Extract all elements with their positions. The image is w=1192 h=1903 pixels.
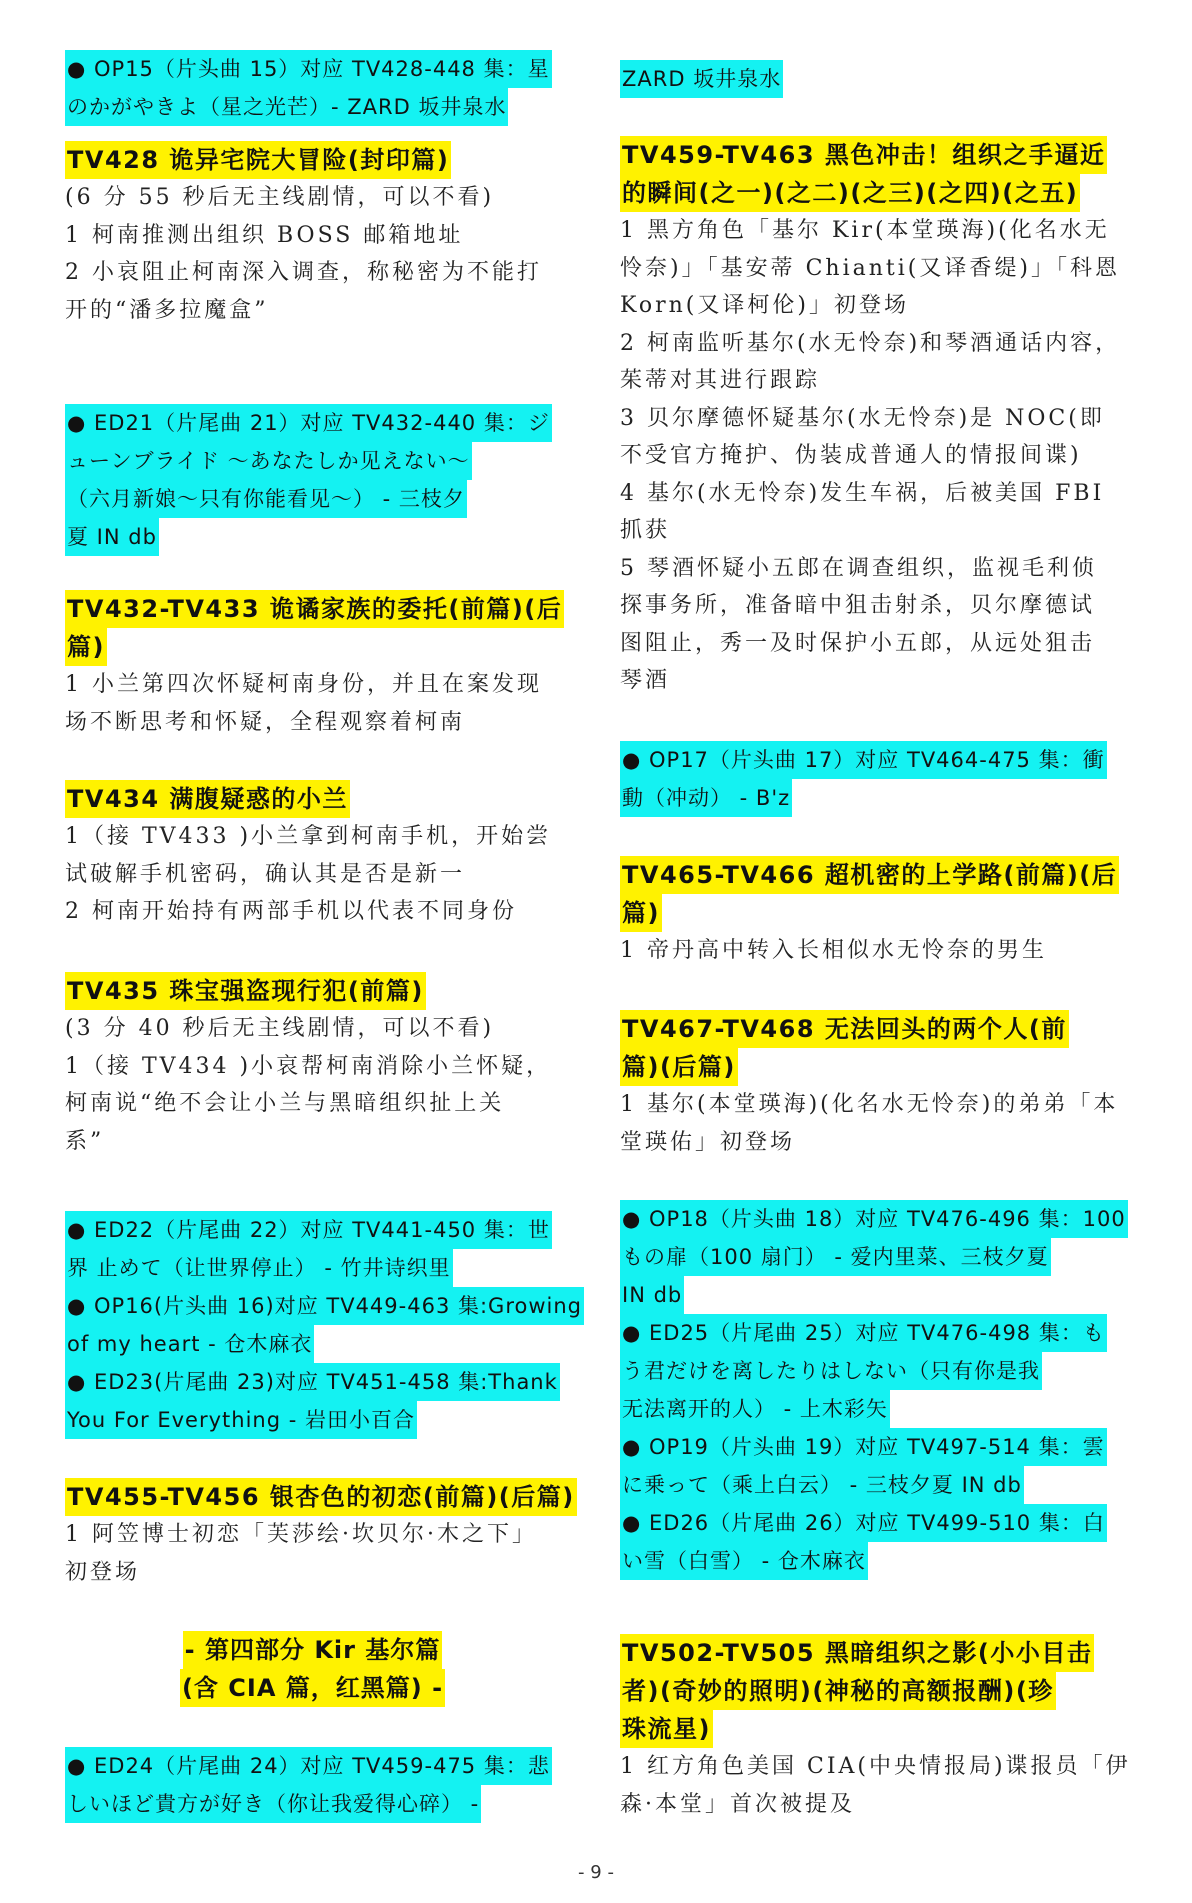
episode-point: 4 基尔(水无怜奈)发生车祸，后被美国 FBI	[620, 475, 1115, 513]
episode-point: 1 小兰第四次怀疑柯南身份，并且在案发现	[65, 666, 560, 704]
episode-tv467: TV467-TV468 无法回头的两个人(前 篇)(后篇) 1 基尔(本堂瑛海)…	[620, 1010, 1115, 1161]
song-line: い雪（白雪） - 仓木麻衣	[620, 1542, 868, 1580]
part-heading-line: (含 CIA 篇，红黑篇) -	[180, 1669, 445, 1707]
song-line: ● OP15（片头曲 15）对应 TV428-448 集：星	[65, 50, 552, 88]
episode-point: 3 贝尔摩德怀疑基尔(水无怜奈)是 NOC(即	[620, 400, 1115, 438]
episode-title: 篇)	[620, 894, 662, 932]
episode-title: TV502-TV505 黑暗组织之影(小小目击	[620, 1634, 1094, 1672]
episode-point: 开的“潘多拉魔盒”	[65, 292, 560, 330]
song-line: ● OP19（片头曲 19）对应 TV497-514 集：雲	[620, 1428, 1107, 1466]
episode-point: 2 柯南监听基尔(水无怜奈)和琴酒通话内容，	[620, 325, 1115, 363]
song-line: ューンブライド ～あなたしか见えない～	[65, 442, 472, 480]
song-block-op18-ed25-op19-ed26: ● OP18（片头曲 18）对应 TV476-496 集：100 もの扉（100…	[620, 1200, 1115, 1580]
episode-title: TV434 满腹疑惑的小兰	[65, 780, 350, 818]
episode-point: 1（接 TV434 )小哀帮柯南消除小兰怀疑，	[65, 1048, 560, 1086]
episode-tv432: TV432-TV433 诡谲家族的委托(前篇)(后 篇) 1 小兰第四次怀疑柯南…	[65, 590, 560, 741]
episode-point: 怜奈)」「基安蒂 Chianti(又译香缇)」「科恩	[620, 250, 1115, 288]
song-line: ● OP17（片头曲 17）对应 TV464-475 集：衝	[620, 741, 1107, 779]
episode-note: (6 分 55 秒后无主线剧情，可以不看)	[65, 179, 560, 217]
song-block-op15: ● OP15（片头曲 15）对应 TV428-448 集：星 のかがやきよ（星之…	[65, 50, 560, 126]
episode-title: 篇)	[65, 628, 107, 666]
episode-point: 抓获	[620, 512, 1115, 550]
episode-point: 试破解手机密码，确认其是否是新一	[65, 856, 560, 894]
song-line: of my heart - 仓木麻衣	[65, 1325, 314, 1363]
song-line: ● OP16(片头曲 16)对应 TV449-463 集:Growing	[65, 1287, 584, 1325]
episode-point: 1 红方角色美国 CIA(中央情报局)谍报员「伊	[620, 1748, 1115, 1786]
song-line: （六月新娘～只有你能看见～） - 三枝夕	[65, 480, 467, 518]
song-line: ZARD 坂井泉水	[620, 60, 783, 98]
episode-tv428: TV428 诡异宅院大冒险(封印篇) (6 分 55 秒后无主线剧情，可以不看)…	[65, 141, 560, 329]
episode-point: 1 阿笠博士初恋「芙莎绘·坎贝尔·木之下」	[65, 1516, 560, 1554]
song-line: 動（冲动） - B'z	[620, 779, 792, 817]
episode-title: 者)(奇妙的照明)(神秘的高额报酬)(珍	[620, 1672, 1056, 1710]
episode-point: 茱蒂对其进行跟踪	[620, 362, 1115, 400]
episode-point: 图阻止，秀一及时保护小五郎，从远处狙击	[620, 625, 1115, 663]
episode-tv455: TV455-TV456 银杏色的初恋(前篇)(后篇) 1 阿笠博士初恋「芙莎绘·…	[65, 1478, 560, 1591]
song-line: ● ED22（片尾曲 22）对应 TV441-450 集：世	[65, 1211, 552, 1249]
song-line: ● ED24（片尾曲 24）对应 TV459-475 集：悲	[65, 1747, 552, 1785]
episode-point: 堂瑛佑」初登场	[620, 1124, 1115, 1162]
song-line: 界 止めて（让世界停止） - 竹井诗织里	[65, 1249, 453, 1287]
episode-point: 不受官方掩护、伪装成普通人的情报间谍)	[620, 437, 1115, 475]
episode-tv459: TV459-TV463 黑色冲击！组织之手逼近 的瞬间(之一)(之二)(之三)(…	[620, 136, 1115, 700]
episode-title: 篇)(后篇)	[620, 1048, 738, 1086]
episode-point: 1（接 TV433 )小兰拿到柯南手机，开始尝	[65, 818, 560, 856]
episode-title: TV465-TV466 超机密的上学路(前篇)(后	[620, 856, 1119, 894]
episode-point: 2 柯南开始持有两部手机以代表不同身份	[65, 893, 560, 931]
song-line: に乗って（乘上白云） - 三枝夕夏 IN db	[620, 1466, 1024, 1504]
song-line: 无法离开的人） - 上木彩矢	[620, 1390, 890, 1428]
episode-point: 1 帝丹高中转入长相似水无怜奈的男生	[620, 932, 1115, 970]
episode-title: 的瞬间(之一)(之二)(之三)(之四)(之五)	[620, 174, 1080, 212]
episode-point: 森·本堂」首次被提及	[620, 1786, 1115, 1824]
song-line: ● OP18（片头曲 18）对应 TV476-496 集：100	[620, 1200, 1128, 1238]
song-line: のかがやきよ（星之光芒）- ZARD 坂井泉水	[65, 88, 508, 126]
episode-note: (3 分 40 秒后无主线剧情，可以不看)	[65, 1010, 560, 1048]
episode-point: 1 黑方角色「基尔 Kir(本堂瑛海)(化名水无	[620, 212, 1115, 250]
episode-point: 2 小哀阻止柯南深入调查，称秘密为不能打	[65, 254, 560, 292]
song-line: ● ED25（片尾曲 25）对应 TV476-498 集：も	[620, 1314, 1107, 1352]
song-line: IN db	[620, 1276, 684, 1314]
episode-tv502: TV502-TV505 黑暗组织之影(小小目击 者)(奇妙的照明)(神秘的高额报…	[620, 1634, 1115, 1823]
episode-point: 1 基尔(本堂瑛海)(化名水无怜奈)的弟弟「本	[620, 1086, 1115, 1124]
song-block-ed22-op16-ed23: ● ED22（片尾曲 22）对应 TV441-450 集：世 界 止めて（让世界…	[65, 1211, 560, 1439]
song-line: ● ED23(片尾曲 23)对应 TV451-458 集:Thank	[65, 1363, 560, 1401]
episode-title: TV435 珠宝强盗现行犯(前篇)	[65, 972, 426, 1010]
song-line: 夏 IN db	[65, 518, 159, 556]
episode-title: TV459-TV463 黑色冲击！组织之手逼近	[620, 136, 1107, 174]
song-line: ● ED21（片尾曲 21）对应 TV432-440 集：ジ	[65, 404, 552, 442]
song-line: ● ED26（片尾曲 26）对应 TV499-510 集：白	[620, 1504, 1107, 1542]
episode-title: TV428 诡异宅院大冒险(封印篇)	[65, 141, 451, 179]
song-line: You For Everything - 岩田小百合	[65, 1401, 417, 1439]
episode-title: 珠流星)	[620, 1710, 713, 1748]
episode-title: TV455-TV456 银杏色的初恋(前篇)(后篇)	[65, 1478, 577, 1516]
song-block-ed21: ● ED21（片尾曲 21）对应 TV432-440 集：ジ ューンブライド ～…	[65, 404, 560, 556]
episode-tv434: TV434 满腹疑惑的小兰 1（接 TV433 )小兰拿到柯南手机，开始尝 试破…	[65, 780, 560, 931]
episode-title: TV432-TV433 诡谲家族的委托(前篇)(后	[65, 590, 564, 628]
episode-point: 5 琴酒怀疑小五郎在调查组织，监视毛利侦	[620, 550, 1115, 588]
page-number: - 9 -	[0, 1862, 1192, 1883]
episode-point: 初登场	[65, 1554, 560, 1592]
song-block-op17: ● OP17（片头曲 17）对应 TV464-475 集：衝 動（冲动） - B…	[620, 741, 1115, 817]
episode-point: 琴酒	[620, 662, 1115, 700]
episode-title: TV467-TV468 无法回头的两个人(前	[620, 1010, 1069, 1048]
episode-point: 探事务所，准备暗中狙击射杀，贝尔摩德试	[620, 587, 1115, 625]
song-line: もの扉（100 扇门） - 爱内里菜、三枝夕夏	[620, 1238, 1051, 1276]
episode-tv435: TV435 珠宝强盗现行犯(前篇) (3 分 40 秒后无主线剧情，可以不看) …	[65, 972, 560, 1160]
episode-tv465: TV465-TV466 超机密的上学路(前篇)(后 篇) 1 帝丹高中转入长相似…	[620, 856, 1115, 970]
part-heading: - 第四部分 Kir 基尔篇 (含 CIA 篇，红黑篇) -	[65, 1631, 560, 1707]
song-block-ed24: ● ED24（片尾曲 24）对应 TV459-475 集：悲 しいほど貴方が好き…	[65, 1747, 560, 1823]
part-heading-line: - 第四部分 Kir 基尔篇	[183, 1631, 443, 1669]
song-line: う君だけを离したりはしない（只有你是我	[620, 1352, 1042, 1390]
episode-point: 系”	[65, 1123, 560, 1161]
song-line: しいほど貴方が好き（你让我爱得心碎） -	[65, 1785, 481, 1823]
song-block-ed24-continued: ZARD 坂井泉水	[620, 60, 1115, 98]
episode-point: 柯南说“绝不会让小兰与黑暗组织扯上关	[65, 1085, 560, 1123]
episode-point: 1 柯南推测出组织 BOSS 邮箱地址	[65, 217, 560, 255]
episode-point: 场不断思考和怀疑，全程观察着柯南	[65, 704, 560, 742]
episode-point: Korn(又译柯伦)」初登场	[620, 287, 1115, 325]
